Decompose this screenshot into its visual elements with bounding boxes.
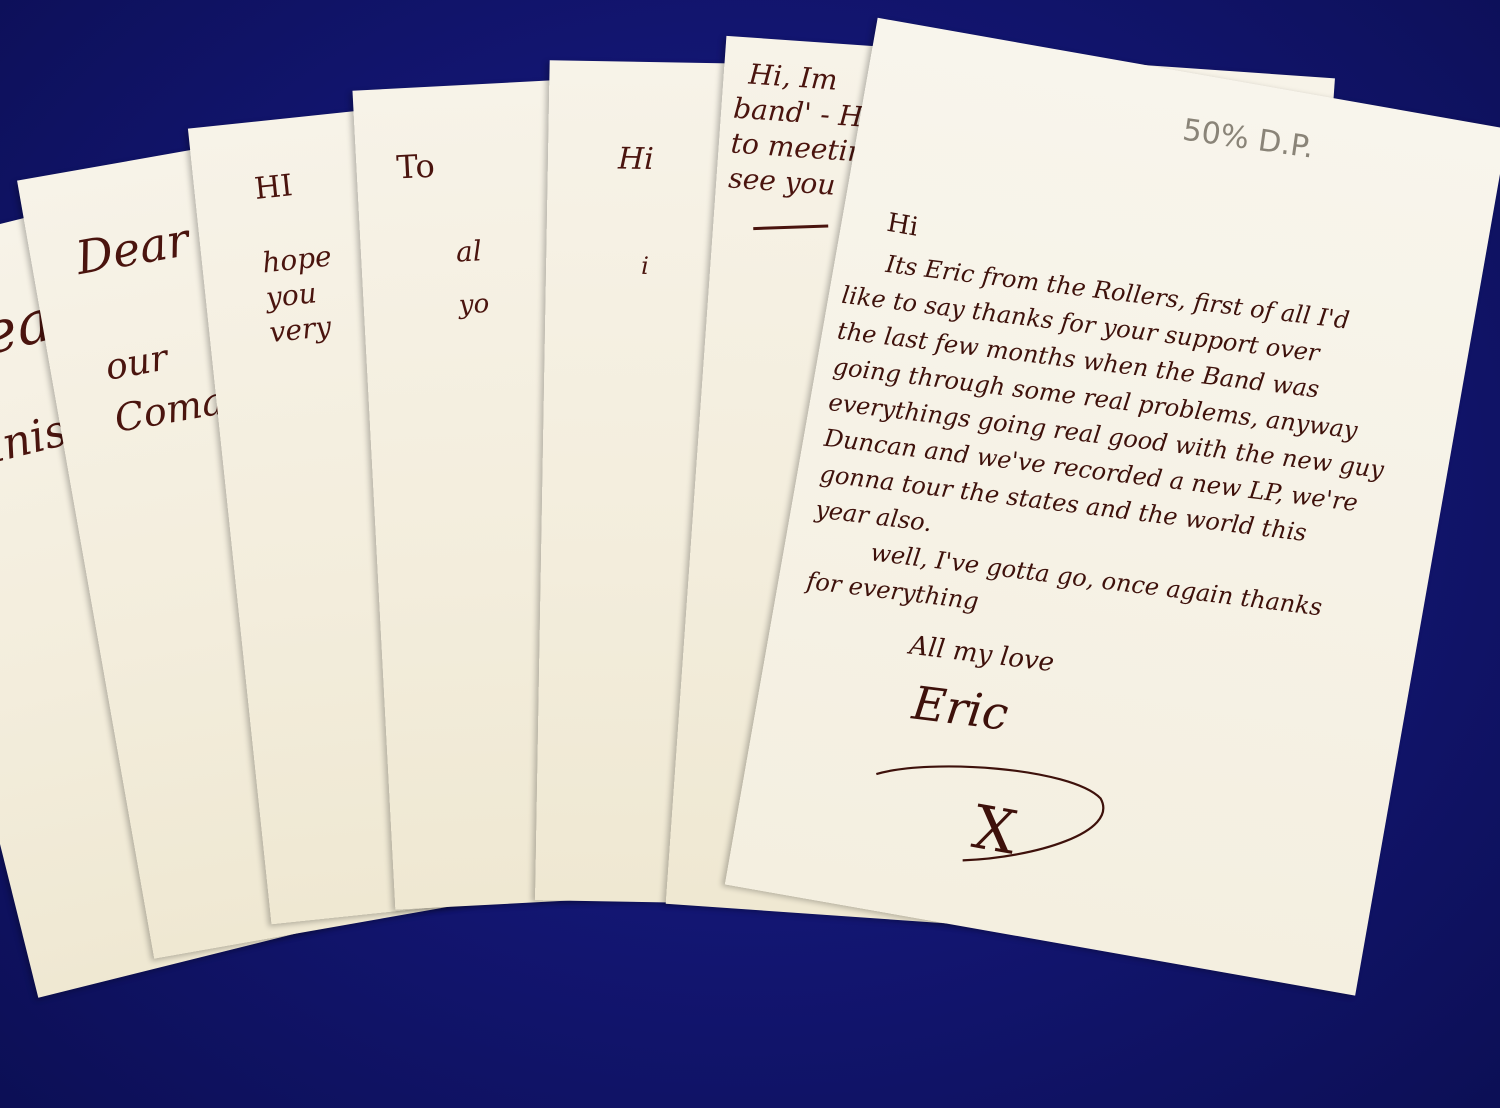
front-body-text: Its Eric from the Rollers, first of all … [790,241,1444,789]
letter-5-salutation: Hi [618,141,654,177]
pencil-note: 50% D.P. [1180,113,1315,166]
letter-3-line2: hope [261,239,333,279]
letter-5-line2: i [641,252,649,280]
letter-3-line3: you [264,276,318,314]
letter-6-line1: Hi, Im [748,58,839,97]
letter-4-line3: yo [458,289,490,321]
letter-2-line2: our [102,338,170,389]
letter-2-salutation: Dear [72,212,193,285]
letter-6-underline [753,224,828,230]
letter-4-line2: al [455,234,482,268]
letter-6-line4: see you [727,161,836,201]
letter-4-salutation: To [396,147,436,187]
front-greeting: Hi [885,208,921,243]
letter-3-salutation: HI [253,168,294,207]
letter-3-line4: very [268,310,333,349]
